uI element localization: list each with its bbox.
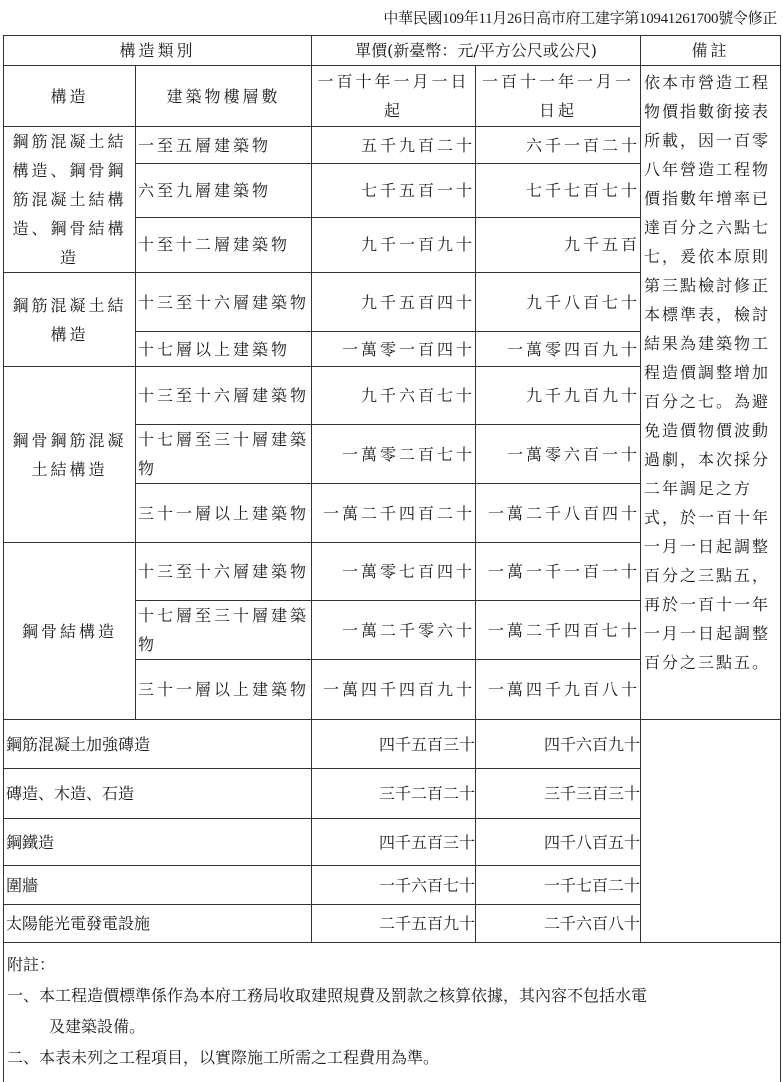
header-structure: 構造 [4,66,136,127]
price-110-cell: 三千二百二十 [312,769,476,819]
structure-cell: 鋼鐵造 [4,819,312,866]
price-110-cell: 一萬零二百七十 [312,425,476,484]
price-110-cell: 一萬二千四百二十 [312,484,476,543]
floors-cell: 六至九層建築物 [136,164,312,217]
price-111-cell: 九千八百七十 [476,273,641,332]
price-110-cell: 四千五百三十 [312,720,476,769]
amendment-note: 中華民國109年11月26日高市府工建字第10941261700號令修正 [383,7,777,28]
floors-cell: 一至五層建築物 [136,127,312,164]
price-110-cell: 一萬零七百四十 [312,543,476,601]
floors-cell: 十至十二層建築物 [136,217,312,272]
structure-cell: 鋼骨結構造 [4,543,136,720]
price-110-cell: 九千一百九十 [312,217,476,272]
price-110-cell: 七千五百一十 [312,164,476,217]
price-110-cell: 一萬二千零六十 [312,601,476,660]
price-111-cell: 九千九百九十 [476,367,641,425]
footnotes-row: 附註： 一、本工程造價標準係作為本府工務局收取建照規費及罰款之核算依據，其內容不… [4,943,781,1082]
price-111-cell: 九千五百 [476,217,641,272]
price-111-cell: 一千七百二十 [476,866,641,905]
price-110-cell: 一萬零一百四十 [312,332,476,367]
header-price-group: 單價(新臺幣：元/平方公尺或公尺) [312,36,641,66]
price-110-cell: 五千九百二十 [312,127,476,164]
price-111-cell: 一萬四千九百八十 [476,660,641,720]
structure-cell: 鋼筋混凝土結構造 [4,273,136,367]
header-category-group: 構造類別 [4,36,312,66]
structure-cell: 太陽能光電發電設施 [4,905,312,943]
floors-cell: 十七層至三十層建築物 [136,425,312,484]
price-110-cell: 九千六百七十 [312,367,476,425]
footnote-text: 本工程造價標準係作為本府工務局收取建照規費及罰款之核算依據，其內容不包括水電 [39,986,647,1005]
price-111-cell: 四千六百九十 [476,720,641,769]
price-111-cell: 七千七百七十 [476,164,641,217]
floors-cell: 十三至十六層建築物 [136,273,312,332]
floors-cell: 三十一層以上建築物 [136,484,312,543]
structure-cell: 鋼骨鋼筋混凝土結構造 [4,367,136,543]
price-110-cell: 九千五百四十 [312,273,476,332]
price-111-cell: 二千六百八十 [476,905,641,943]
price-111-cell: 三千三百三十 [476,769,641,819]
footnotes-title: 附註： [7,949,777,980]
structure-cell: 鋼筋混凝土結構造、鋼骨鋼筋混凝土結構造、鋼骨結構造 [4,127,136,273]
price-111-cell: 四千八百五十 [476,819,641,866]
price-111-cell: 一萬零四百九十 [476,332,641,367]
price-111-cell: 一萬二千八百四十 [476,484,641,543]
price-111-cell: 六千一百二十 [476,127,641,164]
price-110-cell: 四千五百三十 [312,819,476,866]
footnote-prefix: 二、 [7,1048,39,1067]
header-price-111: 一百十一年一月一日起 [476,66,641,127]
floors-cell: 十三至十六層建築物 [136,367,312,425]
footnote-prefix: 一、 [7,986,39,1005]
construction-cost-table: 構造類別 單價(新臺幣：元/平方公尺或公尺) 備註 構造 建築物樓層數 一百十年… [3,35,781,1082]
footnote-item-2: 二、本表未列之工程項目，以實際施工所需之工程費用為準。 [7,1042,777,1073]
floors-cell: 十三至十六層建築物 [136,543,312,601]
footnote-text: 本表未列之工程項目，以實際施工所需之工程費用為準。 [39,1048,439,1067]
price-111-cell: 一萬一千一百一十 [476,543,641,601]
footnote-continuation: 及建築設備。 [7,1011,777,1042]
remarks-empty-cell [641,720,781,943]
footnotes: 附註： 一、本工程造價標準係作為本府工務局收取建照規費及罰款之核算依據，其內容不… [4,943,781,1082]
price-111-cell: 一萬零六百一十 [476,425,641,484]
price-110-cell: 一萬四千四百九十 [312,660,476,720]
price-110-cell: 二千五百九十 [312,905,476,943]
floors-cell: 十七層以上建築物 [136,332,312,367]
header-floors: 建築物樓層數 [136,66,312,127]
price-110-cell: 一千六百七十 [312,866,476,905]
floors-cell: 十七層至三十層建築物 [136,601,312,660]
structure-cell: 鋼筋混凝土加強磚造 [4,720,312,769]
price-111-cell: 一萬二千四百七十 [476,601,641,660]
remarks-text: 依本市營造工程物價指數銜接表所載，因一百零八年營造工程物價指數年增率已達百分之六… [641,66,781,720]
table-row: 鋼筋混凝土加強磚造 四千五百三十 四千六百九十 [4,720,781,769]
header-price-110: 一百十年一月一日起 [312,66,476,127]
floors-cell: 三十一層以上建築物 [136,660,312,720]
structure-cell: 圍牆 [4,866,312,905]
header-remarks: 備註 [641,36,781,66]
structure-cell: 磚造、木造、石造 [4,769,312,819]
footnote-item-1: 一、本工程造價標準係作為本府工務局收取建照規費及罰款之核算依據，其內容不包括水電 [7,980,777,1011]
